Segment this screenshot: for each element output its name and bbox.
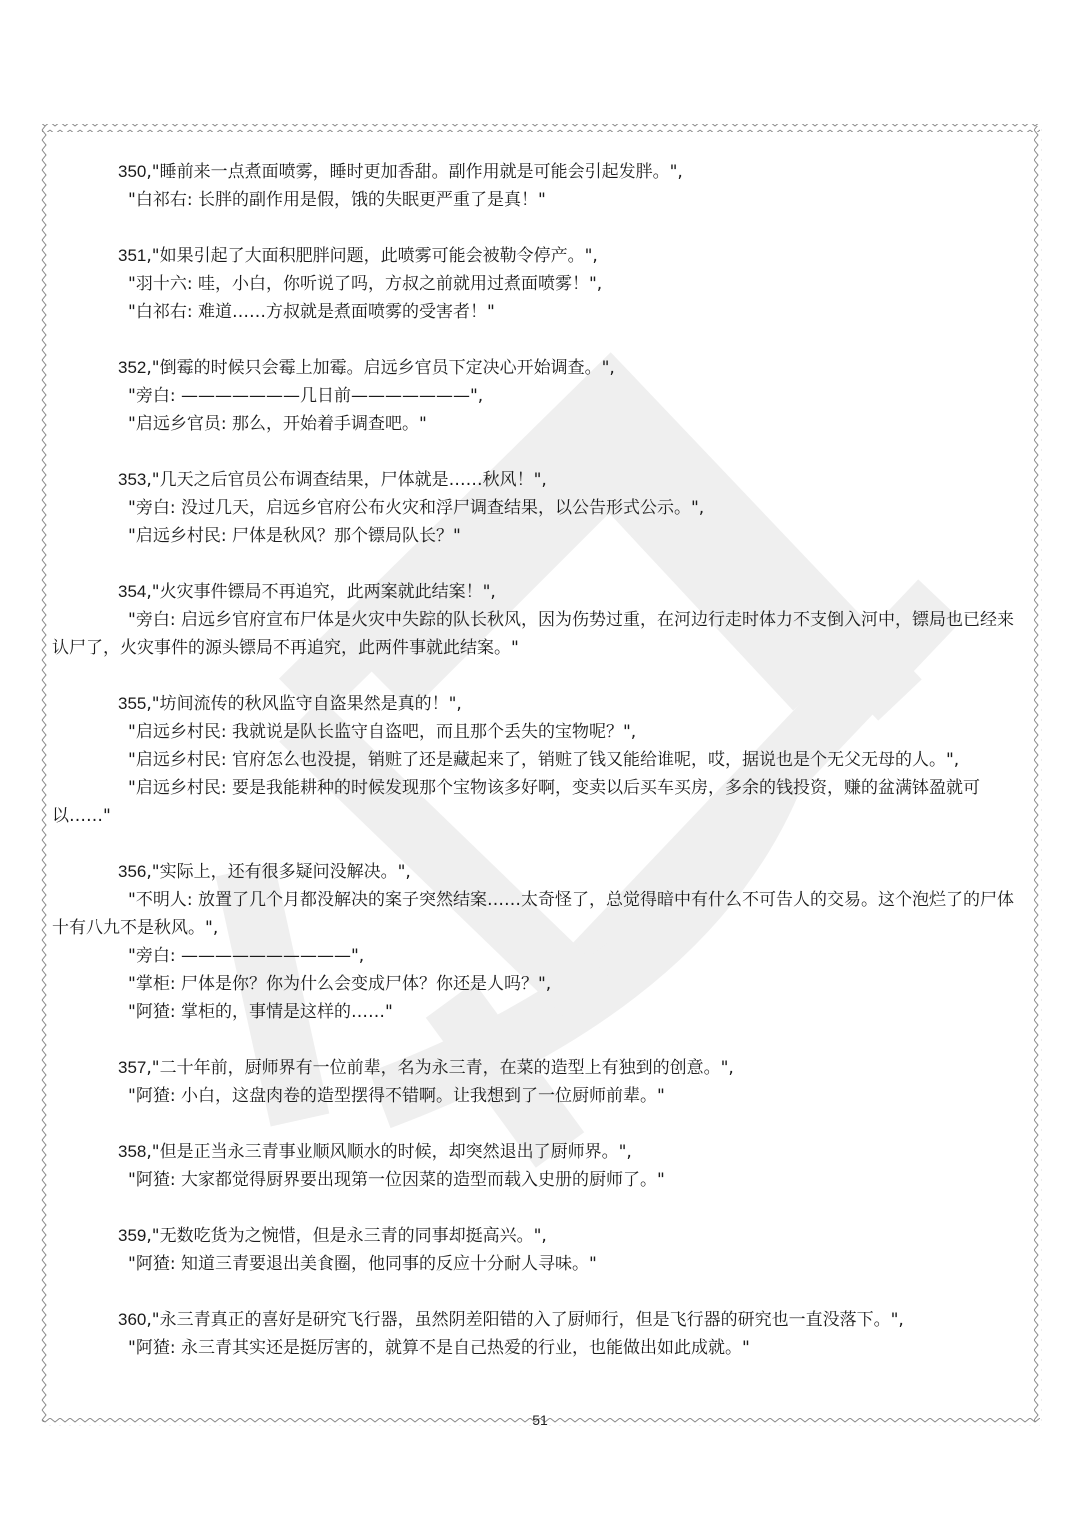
entry-headline: 351,"如果引起了大面积肥胖问题，此喷雾可能会被勒令停产。", (52, 242, 1030, 270)
dialogue-line: "启远乡村民: 要是我能耕种的时候发现那个宝物该多好啊，变卖以后买车买房，多余的… (52, 774, 1030, 830)
entry-number: 350 (118, 162, 146, 181)
entry-headline: 354,"火灾事件镖局不再追究，此两案就此结案！", (52, 578, 1030, 606)
entry-358: 358,"但是正当永三青事业顺风顺水的时候，却突然退出了厨师界。", "阿猹: … (52, 1138, 1030, 1194)
headline-text: "但是正当永三青事业顺风顺水的时候，却突然退出了厨师界。", (152, 1142, 632, 1162)
entry-356: 356,"实际上，还有很多疑问没解决。", "不明人: 放置了几个月都没解决的案… (52, 858, 1030, 1026)
page-number: 51 (0, 1412, 1080, 1428)
dialogue-line: "阿猹: 掌柜的，事情是这样的……" (52, 998, 1030, 1026)
entry-number: 358 (118, 1142, 146, 1161)
headline-text: "如果引起了大面积肥胖问题，此喷雾可能会被勒令停产。", (152, 246, 598, 266)
entry-number: 353 (118, 470, 146, 489)
dialogue-line: "启远乡村民: 官府怎么也没提，销赃了还是藏起来了，销赃了钱又能给谁呢，哎，据说… (52, 746, 1030, 774)
entry-number: 355 (118, 694, 146, 713)
entry-357: 357,"二十年前，厨师界有一位前辈，名为永三青，在菜的造型上有独到的创意。",… (52, 1054, 1030, 1110)
entry-number: 354 (118, 582, 146, 601)
entry-351: 351,"如果引起了大面积肥胖问题，此喷雾可能会被勒令停产。", "羽十六: 哇… (52, 242, 1030, 326)
entry-353: 353,"几天之后官员公布调查结果，尸体就是……秋风！", "旁白: 没过几天，… (52, 466, 1030, 550)
entry-355: 355,"坊间流传的秋风监守自盗果然是真的！", "启远乡村民: 我就说是队长监… (52, 690, 1030, 830)
dialogue-line: "旁白: 启远乡官府宣布尸体是火灾中失踪的队长秋风，因为伤势过重，在河边行走时体… (52, 606, 1030, 662)
entry-number: 359 (118, 1226, 146, 1245)
dialogue-line: "启远乡官员: 那么，开始着手调查吧。" (52, 410, 1030, 438)
headline-text: "倒霉的时候只会霉上加霉。启远乡官员下定决心开始调查。", (152, 358, 615, 378)
headline-text: "坊间流传的秋风监守自盗果然是真的！", (152, 694, 462, 714)
entry-number: 360 (118, 1310, 146, 1329)
dialogue-line: "阿猹: 大家都觉得厨界要出现第一位因菜的造型而载入史册的厨师了。" (52, 1166, 1030, 1194)
headline-text: "无数吃货为之惋惜，但是永三青的同事却挺高兴。", (152, 1226, 547, 1246)
dialogue-line: "启远乡村民: 我就说是队长监守自盗吧，而且那个丢失的宝物呢？", (52, 718, 1030, 746)
headline-text: "二十年前，厨师界有一位前辈，名为永三青，在菜的造型上有独到的创意。", (152, 1058, 734, 1078)
dialogue-line: "白祁右: 长胖的副作用是假，饿的失眠更严重了是真！" (52, 186, 1030, 214)
dialogue-line: "阿猹: 小白，这盘肉卷的造型摆得不错啊。让我想到了一位厨师前辈。" (52, 1082, 1030, 1110)
entry-360: 360,"永三青真正的喜好是研究飞行器，虽然阴差阳错的入了厨师行，但是飞行器的研… (52, 1306, 1030, 1362)
entry-headline: 355,"坊间流传的秋风监守自盗果然是真的！", (52, 690, 1030, 718)
entry-352: 352,"倒霉的时候只会霉上加霉。启远乡官员下定决心开始调查。", "旁白: —… (52, 354, 1030, 438)
dialogue-line: "阿猹: 永三青其实还是挺厉害的，就算不是自己热爱的行业，也能做出如此成就。" (52, 1334, 1030, 1362)
entry-number: 356 (118, 862, 146, 881)
entry-headline: 358,"但是正当永三青事业顺风顺水的时候，却突然退出了厨师界。", (52, 1138, 1030, 1166)
dialogue-line: "启远乡村民: 尸体是秋风？那个镖局队长？" (52, 522, 1030, 550)
headline-text: "火灾事件镖局不再追究，此两案就此结案！", (152, 582, 496, 602)
headline-text: "睡前来一点煮面喷雾，睡时更加香甜。副作用就是可能会引起发胖。", (152, 162, 683, 182)
entry-number: 351 (118, 246, 146, 265)
entry-350: 350,"睡前来一点煮面喷雾，睡时更加香甜。副作用就是可能会引起发胖。", "白… (52, 158, 1030, 214)
entry-headline: 360,"永三青真正的喜好是研究飞行器，虽然阴差阳错的入了厨师行，但是飞行器的研… (52, 1306, 1030, 1334)
entry-headline: 353,"几天之后官员公布调查结果，尸体就是……秋风！", (52, 466, 1030, 494)
document-body: 350,"睡前来一点煮面喷雾，睡时更加香甜。副作用就是可能会引起发胖。", "白… (52, 158, 1030, 1390)
dialogue-line: "阿猹: 知道三青要退出美食圈，他同事的反应十分耐人寻味。" (52, 1250, 1030, 1278)
dialogue-line: "旁白: ——————————", (52, 942, 1030, 970)
dialogue-line: "旁白: ———————几日前———————", (52, 382, 1030, 410)
entry-headline: 359,"无数吃货为之惋惜，但是永三青的同事却挺高兴。", (52, 1222, 1030, 1250)
entry-number: 357 (118, 1058, 146, 1077)
headline-text: "永三青真正的喜好是研究飞行器，虽然阴差阳错的入了厨师行，但是飞行器的研究也一直… (152, 1310, 904, 1330)
entry-headline: 352,"倒霉的时候只会霉上加霉。启远乡官员下定决心开始调查。", (52, 354, 1030, 382)
headline-text: "实际上，还有很多疑问没解决。", (152, 862, 411, 882)
entry-headline: 357,"二十年前，厨师界有一位前辈，名为永三青，在菜的造型上有独到的创意。", (52, 1054, 1030, 1082)
entry-354: 354,"火灾事件镖局不再追究，此两案就此结案！", "旁白: 启远乡官府宣布尸… (52, 578, 1030, 662)
dialogue-line: "不明人: 放置了几个月都没解决的案子突然结案……太奇怪了，总觉得暗中有什么不可… (52, 886, 1030, 942)
entry-359: 359,"无数吃货为之惋惜，但是永三青的同事却挺高兴。", "阿猹: 知道三青要… (52, 1222, 1030, 1278)
dialogue-line: "白祁右: 难道……方叔就是煮面喷雾的受害者！" (52, 298, 1030, 326)
entry-headline: 350,"睡前来一点煮面喷雾，睡时更加香甜。副作用就是可能会引起发胖。", (52, 158, 1030, 186)
entry-number: 352 (118, 358, 146, 377)
dialogue-line: "掌柜: 尸体是你？你为什么会变成尸体？你还是人吗？", (52, 970, 1030, 998)
entry-headline: 356,"实际上，还有很多疑问没解决。", (52, 858, 1030, 886)
dialogue-line: "羽十六: 哇，小白，你听说了吗，方叔之前就用过煮面喷雾！", (52, 270, 1030, 298)
dialogue-line: "旁白: 没过几天，启远乡官府公布火灾和浮尸调查结果，以公告形式公示。", (52, 494, 1030, 522)
headline-text: "几天之后官员公布调查结果，尸体就是……秋风！", (152, 470, 547, 490)
